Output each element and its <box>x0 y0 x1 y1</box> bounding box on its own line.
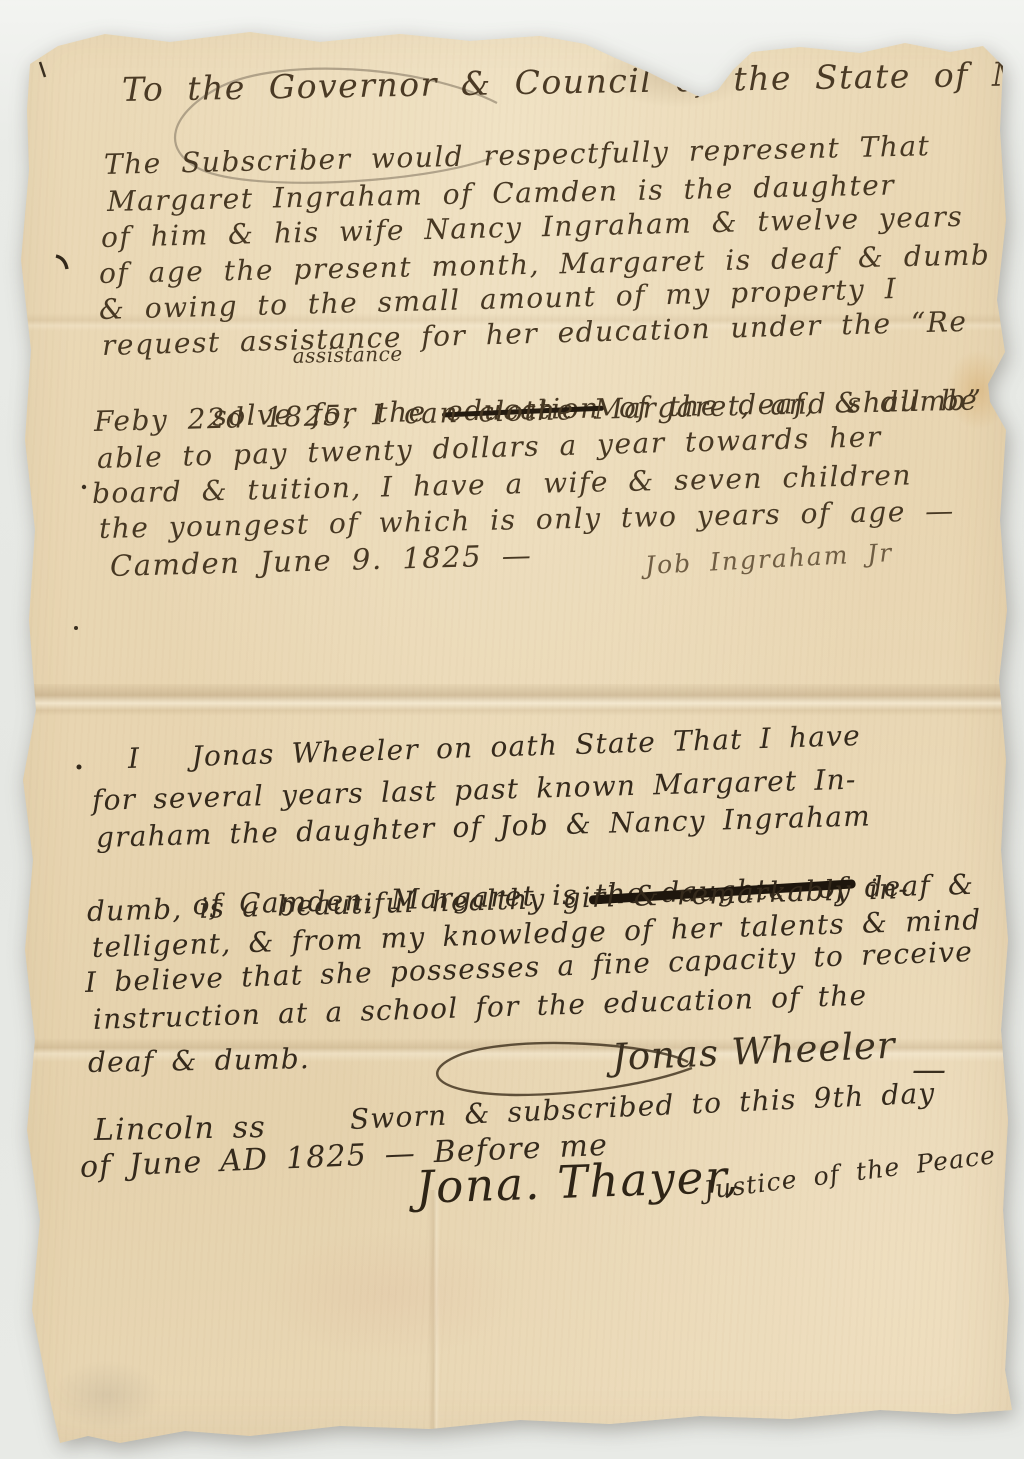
stain <box>52 1360 162 1430</box>
ink-speck <box>56 256 67 269</box>
witness-signature: Jonas Wheeler <box>611 1024 896 1079</box>
stain <box>0 1008 36 1082</box>
scan-background: To the Governor & Council of the State o… <box>0 0 1024 1459</box>
justice-signature: Jona. Thayer, <box>415 1150 741 1214</box>
vertical-crease <box>428 1190 440 1445</box>
inserted-word: assistance <box>292 342 402 368</box>
show-through-smudge <box>260 1230 520 1360</box>
fold-crease <box>0 684 1024 716</box>
ink-speck <box>40 62 45 77</box>
salutation-line: To the Governor & Council of the State o… <box>122 53 1024 109</box>
jurat-sworn-line: Sworn & subscribed to this 9th day <box>349 1076 936 1136</box>
ink-speck <box>82 485 86 489</box>
ink-speck <box>77 765 82 770</box>
stain <box>0 372 30 426</box>
dateline: Camden June 9. 1825 — <box>110 538 533 583</box>
document-paper: To the Governor & Council of the State o… <box>0 0 1024 1459</box>
affidavit-closing: deaf & dumb. <box>88 1042 311 1079</box>
justice-title: Justice of the Peace <box>702 1140 997 1205</box>
petitioner-signature: Job Ingraham Jr <box>644 538 894 580</box>
ink-speck <box>74 626 78 630</box>
